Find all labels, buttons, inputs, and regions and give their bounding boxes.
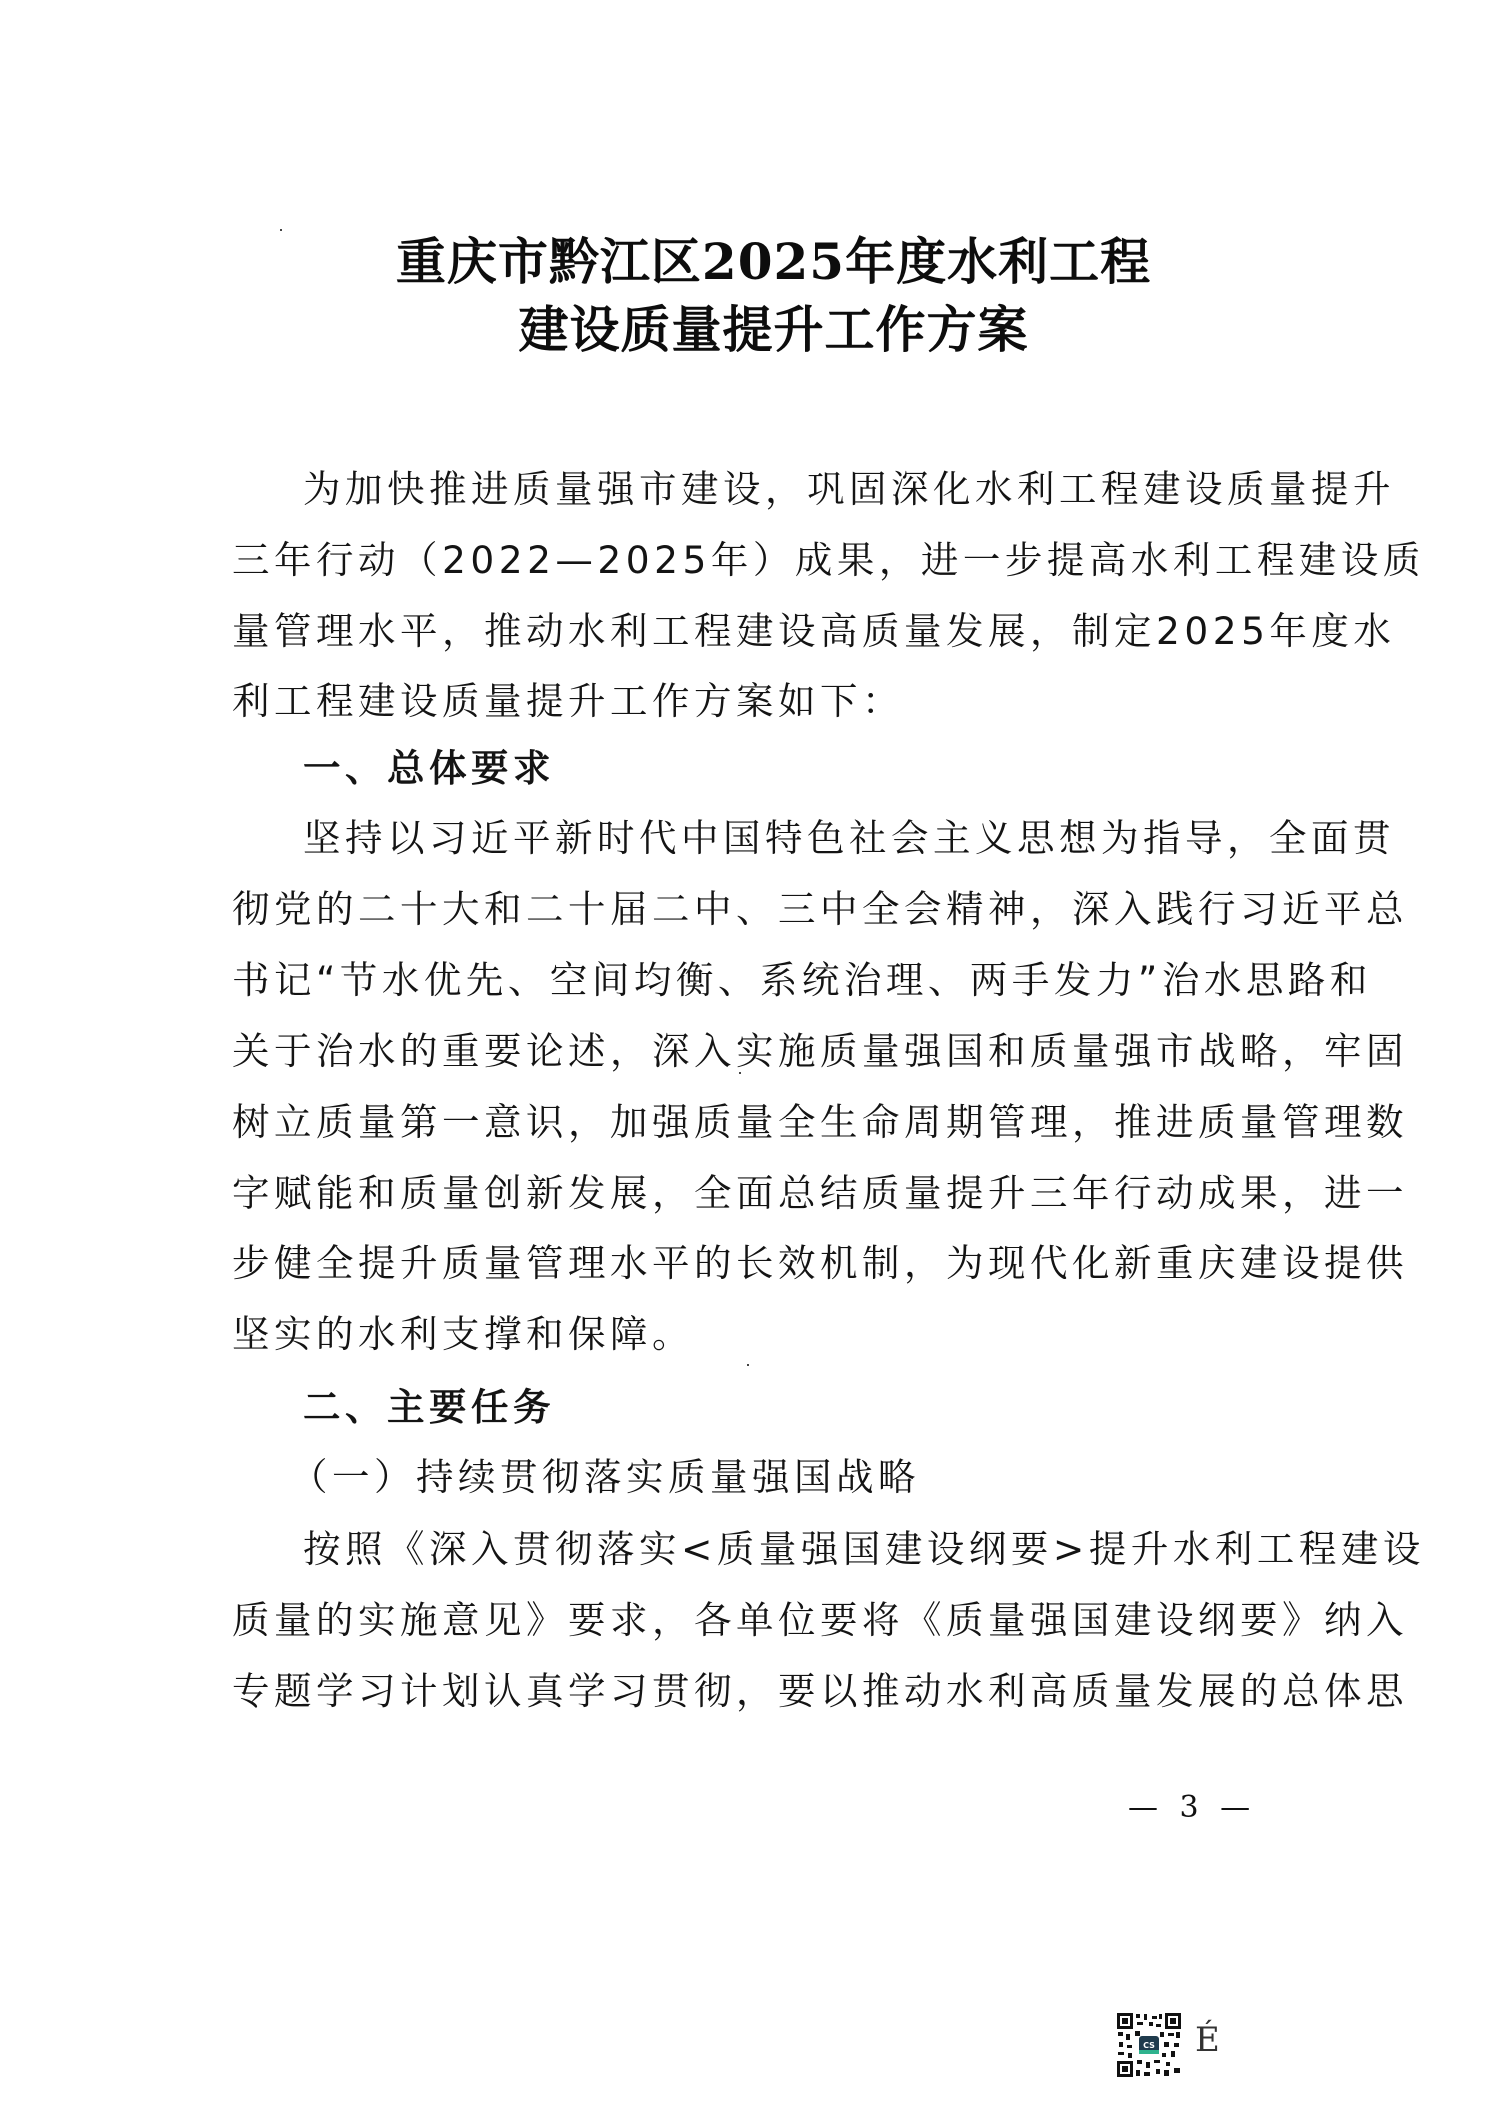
body-paragraph-line: 按照《深入贯彻落实<质量强国建设纲要>提升水利工程建设 xyxy=(303,1526,1313,1572)
scan-speck xyxy=(747,1364,749,1366)
document-page: 重庆市黔江区2025年度水利工程 建设质量提升工作方案 为加快推进质量强市建设，… xyxy=(0,0,1487,2105)
qr-side-mark: É xyxy=(1195,2020,1220,2060)
body-paragraph-line: 树立质量第一意识，加强质量全生命周期管理，推进质量管理数 xyxy=(232,1099,1242,1145)
section-heading-general-requirements: 一、总体要求 xyxy=(303,745,1313,791)
scan-speck xyxy=(280,229,282,231)
body-paragraph-line: 字赋能和质量创新发展，全面总结质量提升三年行动成果，进一 xyxy=(232,1170,1242,1216)
document-title-line-2: 建设质量提升工作方案 xyxy=(30,300,1487,360)
body-paragraph-line: 步健全提升质量管理水平的长效机制，为现代化新重庆建设提供 xyxy=(232,1240,1242,1286)
subsection-heading-quality-strategy: （一）持续贯彻落实质量强国战略 xyxy=(290,1454,1300,1500)
body-paragraph-line: 利工程建设质量提升工作方案如下： xyxy=(232,678,1242,724)
body-paragraph-line: 坚持以习近平新时代中国特色社会主义思想为指导，全面贯 xyxy=(303,815,1313,861)
page-number: — 3 — xyxy=(1128,1790,1256,1825)
qr-code-icon: CS xyxy=(1116,2012,1182,2078)
body-paragraph-line: 书记“节水优先、空间均衡、系统治理、两手发力”治水思路和 xyxy=(232,957,1242,1003)
section-heading-main-tasks: 二、主要任务 xyxy=(303,1384,1313,1430)
body-paragraph-line: 为加快推进质量强市建设，巩固深化水利工程建设质量提升 xyxy=(303,466,1313,512)
document-title-line-1: 重庆市黔江区2025年度水利工程 xyxy=(30,232,1487,292)
scan-speck xyxy=(739,1072,741,1074)
body-paragraph-line: 专题学习计划认真学习贯彻，要以推动水利高质量发展的总体思 xyxy=(232,1668,1242,1714)
body-paragraph-line: 质量的实施意见》要求，各单位要将《质量强国建设纲要》纳入 xyxy=(232,1597,1242,1643)
body-paragraph-line: 量管理水平，推动水利工程建设高质量发展，制定2025年度水 xyxy=(232,608,1242,654)
body-paragraph-line: 关于治水的重要论述，深入实施质量强国和质量强市战略，牢固 xyxy=(232,1028,1242,1074)
qr-logo-text: CS xyxy=(1143,2041,1155,2050)
body-paragraph-line: 三年行动（2022—2025年）成果，进一步提高水利工程建设质 xyxy=(232,537,1242,583)
body-paragraph-line: 坚实的水利支撑和保障。 xyxy=(232,1311,1242,1357)
body-paragraph-line: 彻党的二十大和二十届二中、三中全会精神，深入践行习近平总 xyxy=(232,886,1242,932)
